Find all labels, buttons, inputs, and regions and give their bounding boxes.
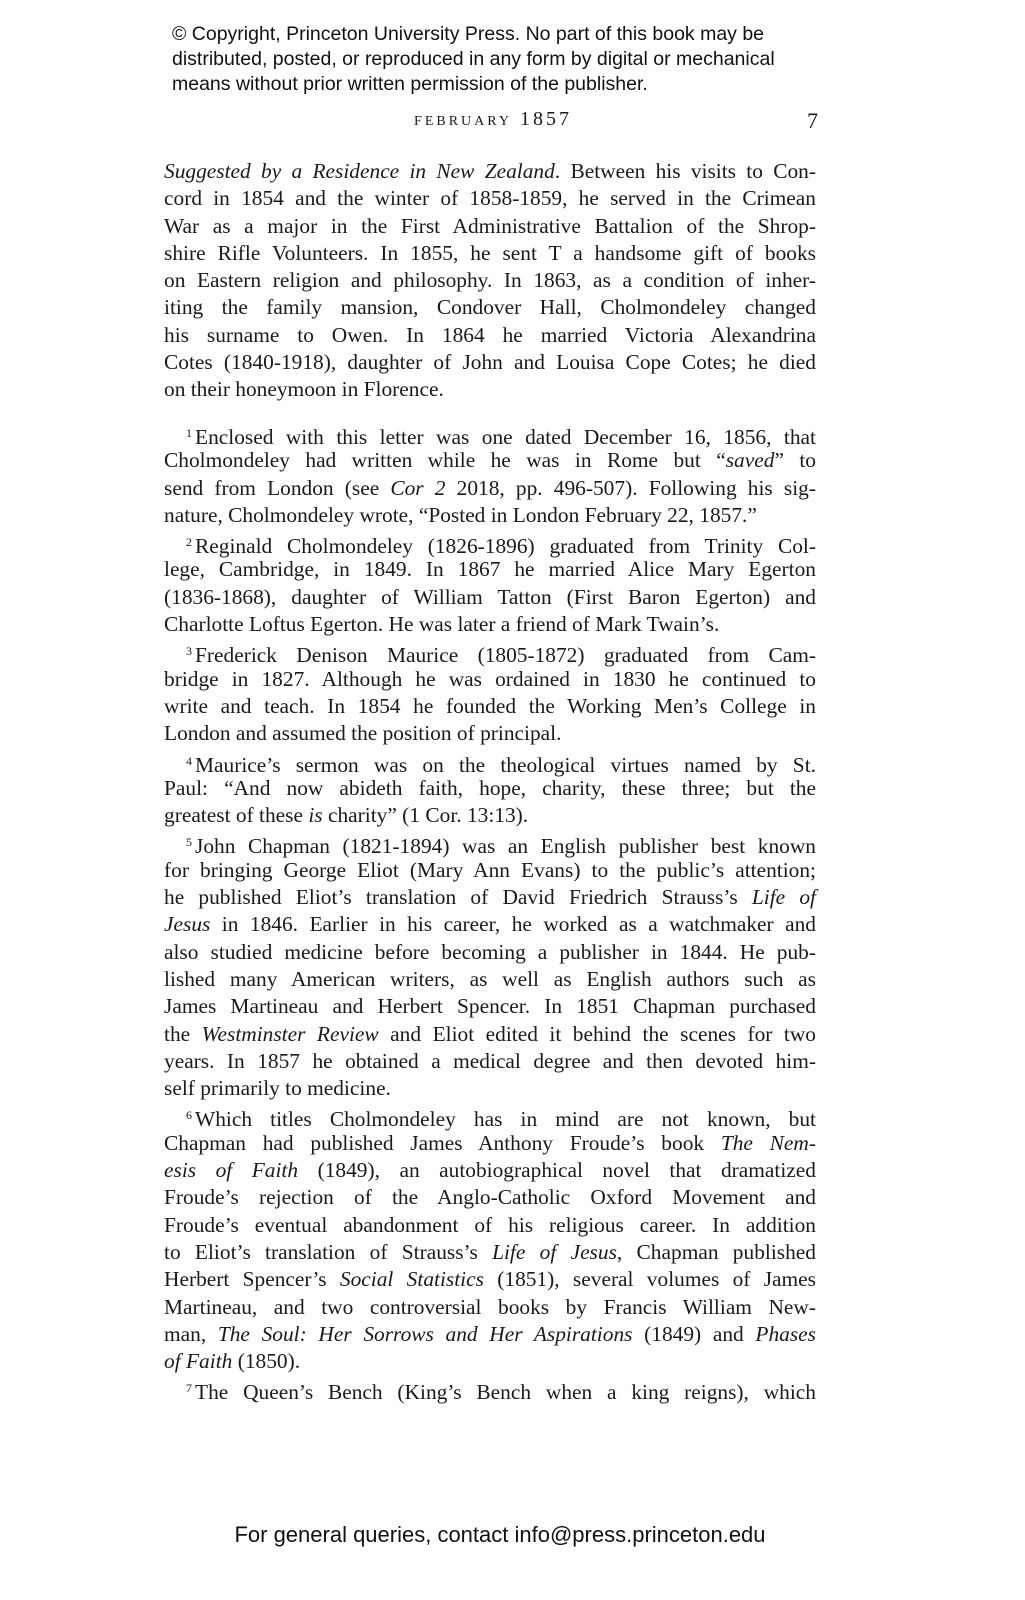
- copyright-notice: © Copyright, Princeton University Press.…: [172, 22, 852, 97]
- footnote-number: 4: [186, 754, 192, 768]
- text-line: on Eastern religion and philosophy. In 1…: [164, 267, 816, 294]
- footnote-6: 6Which titles Cholmondeley has in mind a…: [164, 1102, 816, 1375]
- text-line: Suggested by a Residence in New Zealand.…: [164, 158, 816, 185]
- text-line: Jesus in 1846. Earlier in his career, he…: [164, 911, 816, 938]
- text-line: 5John Chapman (1821-1894) was an English…: [164, 829, 816, 856]
- text-line: 7The Queen’s Bench (King’s Bench when a …: [164, 1375, 816, 1402]
- text-line: to Eliot’s translation of Strauss’s Life…: [164, 1239, 816, 1266]
- footnote-3: 3Frederick Denison Maurice (1805-1872) g…: [164, 638, 816, 747]
- text-line: lished many American writers, as well as…: [164, 966, 816, 993]
- text-line: Martineau, and two controversial books b…: [164, 1294, 816, 1321]
- footnote-1: 1Enclosed with this letter was one dated…: [164, 420, 816, 529]
- text-line: Chapman had published James Anthony Frou…: [164, 1130, 816, 1157]
- text-line: he published Eliot’s translation of Davi…: [164, 884, 816, 911]
- copyright-line: means without prior written permission o…: [172, 72, 852, 97]
- text-line: send from London (see Cor 2 2018, pp. 49…: [164, 475, 816, 502]
- text-line: 6Which titles Cholmondeley has in mind a…: [164, 1102, 816, 1129]
- footnote-number: 2: [186, 535, 192, 549]
- text-line: bridge in 1827. Although he was ordained…: [164, 666, 816, 693]
- text-line: 4Maurice’s sermon was on the theological…: [164, 748, 816, 775]
- footnote-number: 7: [186, 1381, 192, 1395]
- text-line: of Faith (1850).: [164, 1348, 816, 1375]
- footnote-number: 1: [186, 426, 192, 440]
- text-line: London and assumed the position of princ…: [164, 720, 816, 747]
- text-line: (1836-1868), daughter of William Tatton …: [164, 584, 816, 611]
- footnote-number: 6: [186, 1108, 192, 1122]
- text-line: War as a major in the First Administrati…: [164, 213, 816, 240]
- text-line: James Martineau and Herbert Spencer. In …: [164, 993, 816, 1020]
- footnotes-section: 1Enclosed with this letter was one dated…: [164, 420, 816, 1403]
- footnote-number: 5: [186, 835, 192, 849]
- footnote-4: 4Maurice’s sermon was on the theological…: [164, 748, 816, 830]
- text-line: also studied medicine before becoming a …: [164, 939, 816, 966]
- text-line: shire Rifle Volunteers. In 1855, he sent…: [164, 240, 816, 267]
- text-line: Froude’s eventual abandonment of his rel…: [164, 1212, 816, 1239]
- running-head-title: FEBRUARY 1857: [168, 108, 818, 131]
- footnote-7: 7The Queen’s Bench (King’s Bench when a …: [164, 1375, 816, 1402]
- footer-contact: For general queries, contact info@press.…: [0, 1522, 1000, 1548]
- text-line: Herbert Spencer’s Social Statistics (185…: [164, 1266, 816, 1293]
- text-line: write and teach. In 1854 he founded the …: [164, 693, 816, 720]
- text-line: Charlotte Loftus Egerton. He was later a…: [164, 611, 816, 638]
- text-line: nature, Cholmondeley wrote, “Posted in L…: [164, 502, 816, 529]
- text-line: the Westminster Review and Eliot edited …: [164, 1021, 816, 1048]
- text-line: years. In 1857 he obtained a medical deg…: [164, 1048, 816, 1075]
- text-line: self primarily to medicine.: [164, 1075, 816, 1102]
- text-line: on their honeymoon in Florence.: [164, 376, 816, 403]
- text-line: iting the family mansion, Condover Hall,…: [164, 294, 816, 321]
- main-text-paragraph: Suggested by a Residence in New Zealand.…: [164, 158, 816, 404]
- footnote-number: 3: [186, 644, 192, 658]
- text-line: greatest of these is charity” (1 Cor. 13…: [164, 802, 816, 829]
- copyright-line: distributed, posted, or reproduced in an…: [172, 47, 852, 72]
- text-line: 1Enclosed with this letter was one dated…: [164, 420, 816, 447]
- text-line: esis of Faith (1849), an autobiographica…: [164, 1157, 816, 1184]
- footnote-2: 2Reginald Cholmondeley (1826-1896) gradu…: [164, 529, 816, 638]
- text-line: 3Frederick Denison Maurice (1805-1872) g…: [164, 638, 816, 665]
- text-line: lege, Cambridge, in 1849. In 1867 he mar…: [164, 556, 816, 583]
- page-number: 7: [807, 108, 818, 134]
- text-line: man, The Soul: Her Sorrows and Her Aspir…: [164, 1321, 816, 1348]
- text-line: his surname to Owen. In 1864 he married …: [164, 322, 816, 349]
- text-line: cord in 1854 and the winter of 1858-1859…: [164, 185, 816, 212]
- footnote-5: 5John Chapman (1821-1894) was an English…: [164, 829, 816, 1102]
- text-line: Cholmondeley had written while he was in…: [164, 447, 816, 474]
- text-line: Froude’s rejection of the Anglo-Catholic…: [164, 1184, 816, 1211]
- text-line: for bringing George Eliot (Mary Ann Evan…: [164, 857, 816, 884]
- running-head: FEBRUARY 1857 7: [168, 108, 818, 138]
- text-line: Paul: “And now abideth faith, hope, char…: [164, 775, 816, 802]
- copyright-line: © Copyright, Princeton University Press.…: [172, 22, 852, 47]
- text-line: Cotes (1840-1918), daughter of John and …: [164, 349, 816, 376]
- text-line: 2Reginald Cholmondeley (1826-1896) gradu…: [164, 529, 816, 556]
